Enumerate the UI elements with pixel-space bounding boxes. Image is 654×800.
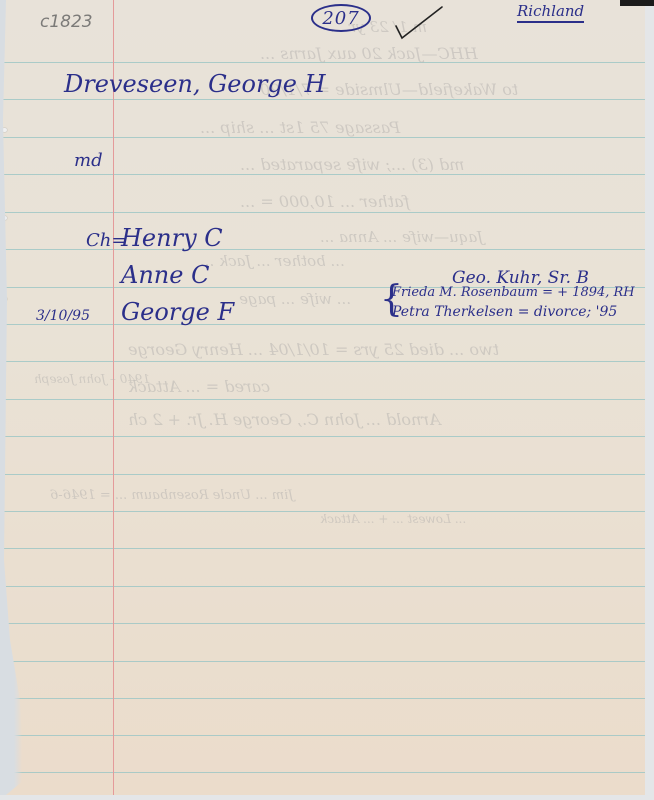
child-name: George F (121, 298, 234, 326)
subject-name: Dreveseen, George H (64, 70, 326, 98)
bleed-through-text: ... wife ... page ... (220, 290, 351, 308)
bleed-through-text: Jim ... Uncle Rosenbaum ... = 1946-6 (50, 488, 294, 503)
ruled-line (0, 212, 645, 213)
scan-background (0, 795, 654, 800)
bleed-through-text: 1940 – John Joseph (34, 372, 150, 386)
ruled-line (0, 735, 645, 736)
bleed-through-text: Arnold ... John C., George H. Jr. + 2 ch (128, 410, 441, 429)
ruled-line (0, 324, 645, 325)
page-number: 207 (322, 8, 359, 29)
notebook-page: m 1/ 23 yr ... HHC—Jack 20 aux Jarns ...… (0, 0, 645, 795)
ruled-line (0, 137, 645, 138)
bleed-through-text: two ... died 25 yrs = 10/1/04 ... Henry … (128, 340, 499, 359)
child-name: Henry C (121, 224, 223, 252)
bleed-through-text: Passage 75 1st ... ship ... (200, 118, 400, 137)
ruled-line (0, 772, 645, 773)
spouse-note: Petra Therkelsen = divorce; '95 (392, 304, 617, 320)
married-label: md (74, 150, 103, 171)
bleed-through-text: HHC—Jack 20 aux Jarns ... (260, 44, 478, 63)
ruled-line (0, 174, 645, 175)
ruled-line (0, 623, 645, 624)
checkmark-icon (394, 4, 446, 40)
ruled-line (0, 436, 645, 437)
child-name: Anne C (121, 261, 209, 289)
scan-background (645, 6, 654, 800)
spouse-note: Frieda M. Rosenbaum = + 1894, RH (392, 285, 635, 300)
ruled-line (0, 698, 645, 699)
bleed-through-text: md (3) ...; wife separated ... (240, 155, 464, 174)
margin-line (113, 0, 114, 795)
bleed-through-text: ... bother ... Jack ... (200, 252, 345, 270)
bleed-through-text: ... Lowest ... + ... Attack (320, 512, 466, 526)
ruled-line (0, 474, 645, 475)
ruled-line (0, 99, 645, 100)
child-date: 3/10/95 (36, 308, 90, 324)
bleed-through-text: Jaqu—wife ... Anna ... (320, 228, 483, 246)
scan-edge-shadow (620, 0, 654, 6)
county-label: Richland (517, 2, 584, 23)
page-number-circle: 207 (311, 4, 371, 32)
pencil-reference-note: c1823 (40, 12, 93, 32)
bleed-through-text: father ... 10,000 = ... (240, 192, 410, 211)
ruled-line (0, 399, 645, 400)
ruled-line (0, 586, 645, 587)
ruled-line (0, 361, 645, 362)
ruled-line (0, 661, 645, 662)
ruled-line (0, 548, 645, 549)
